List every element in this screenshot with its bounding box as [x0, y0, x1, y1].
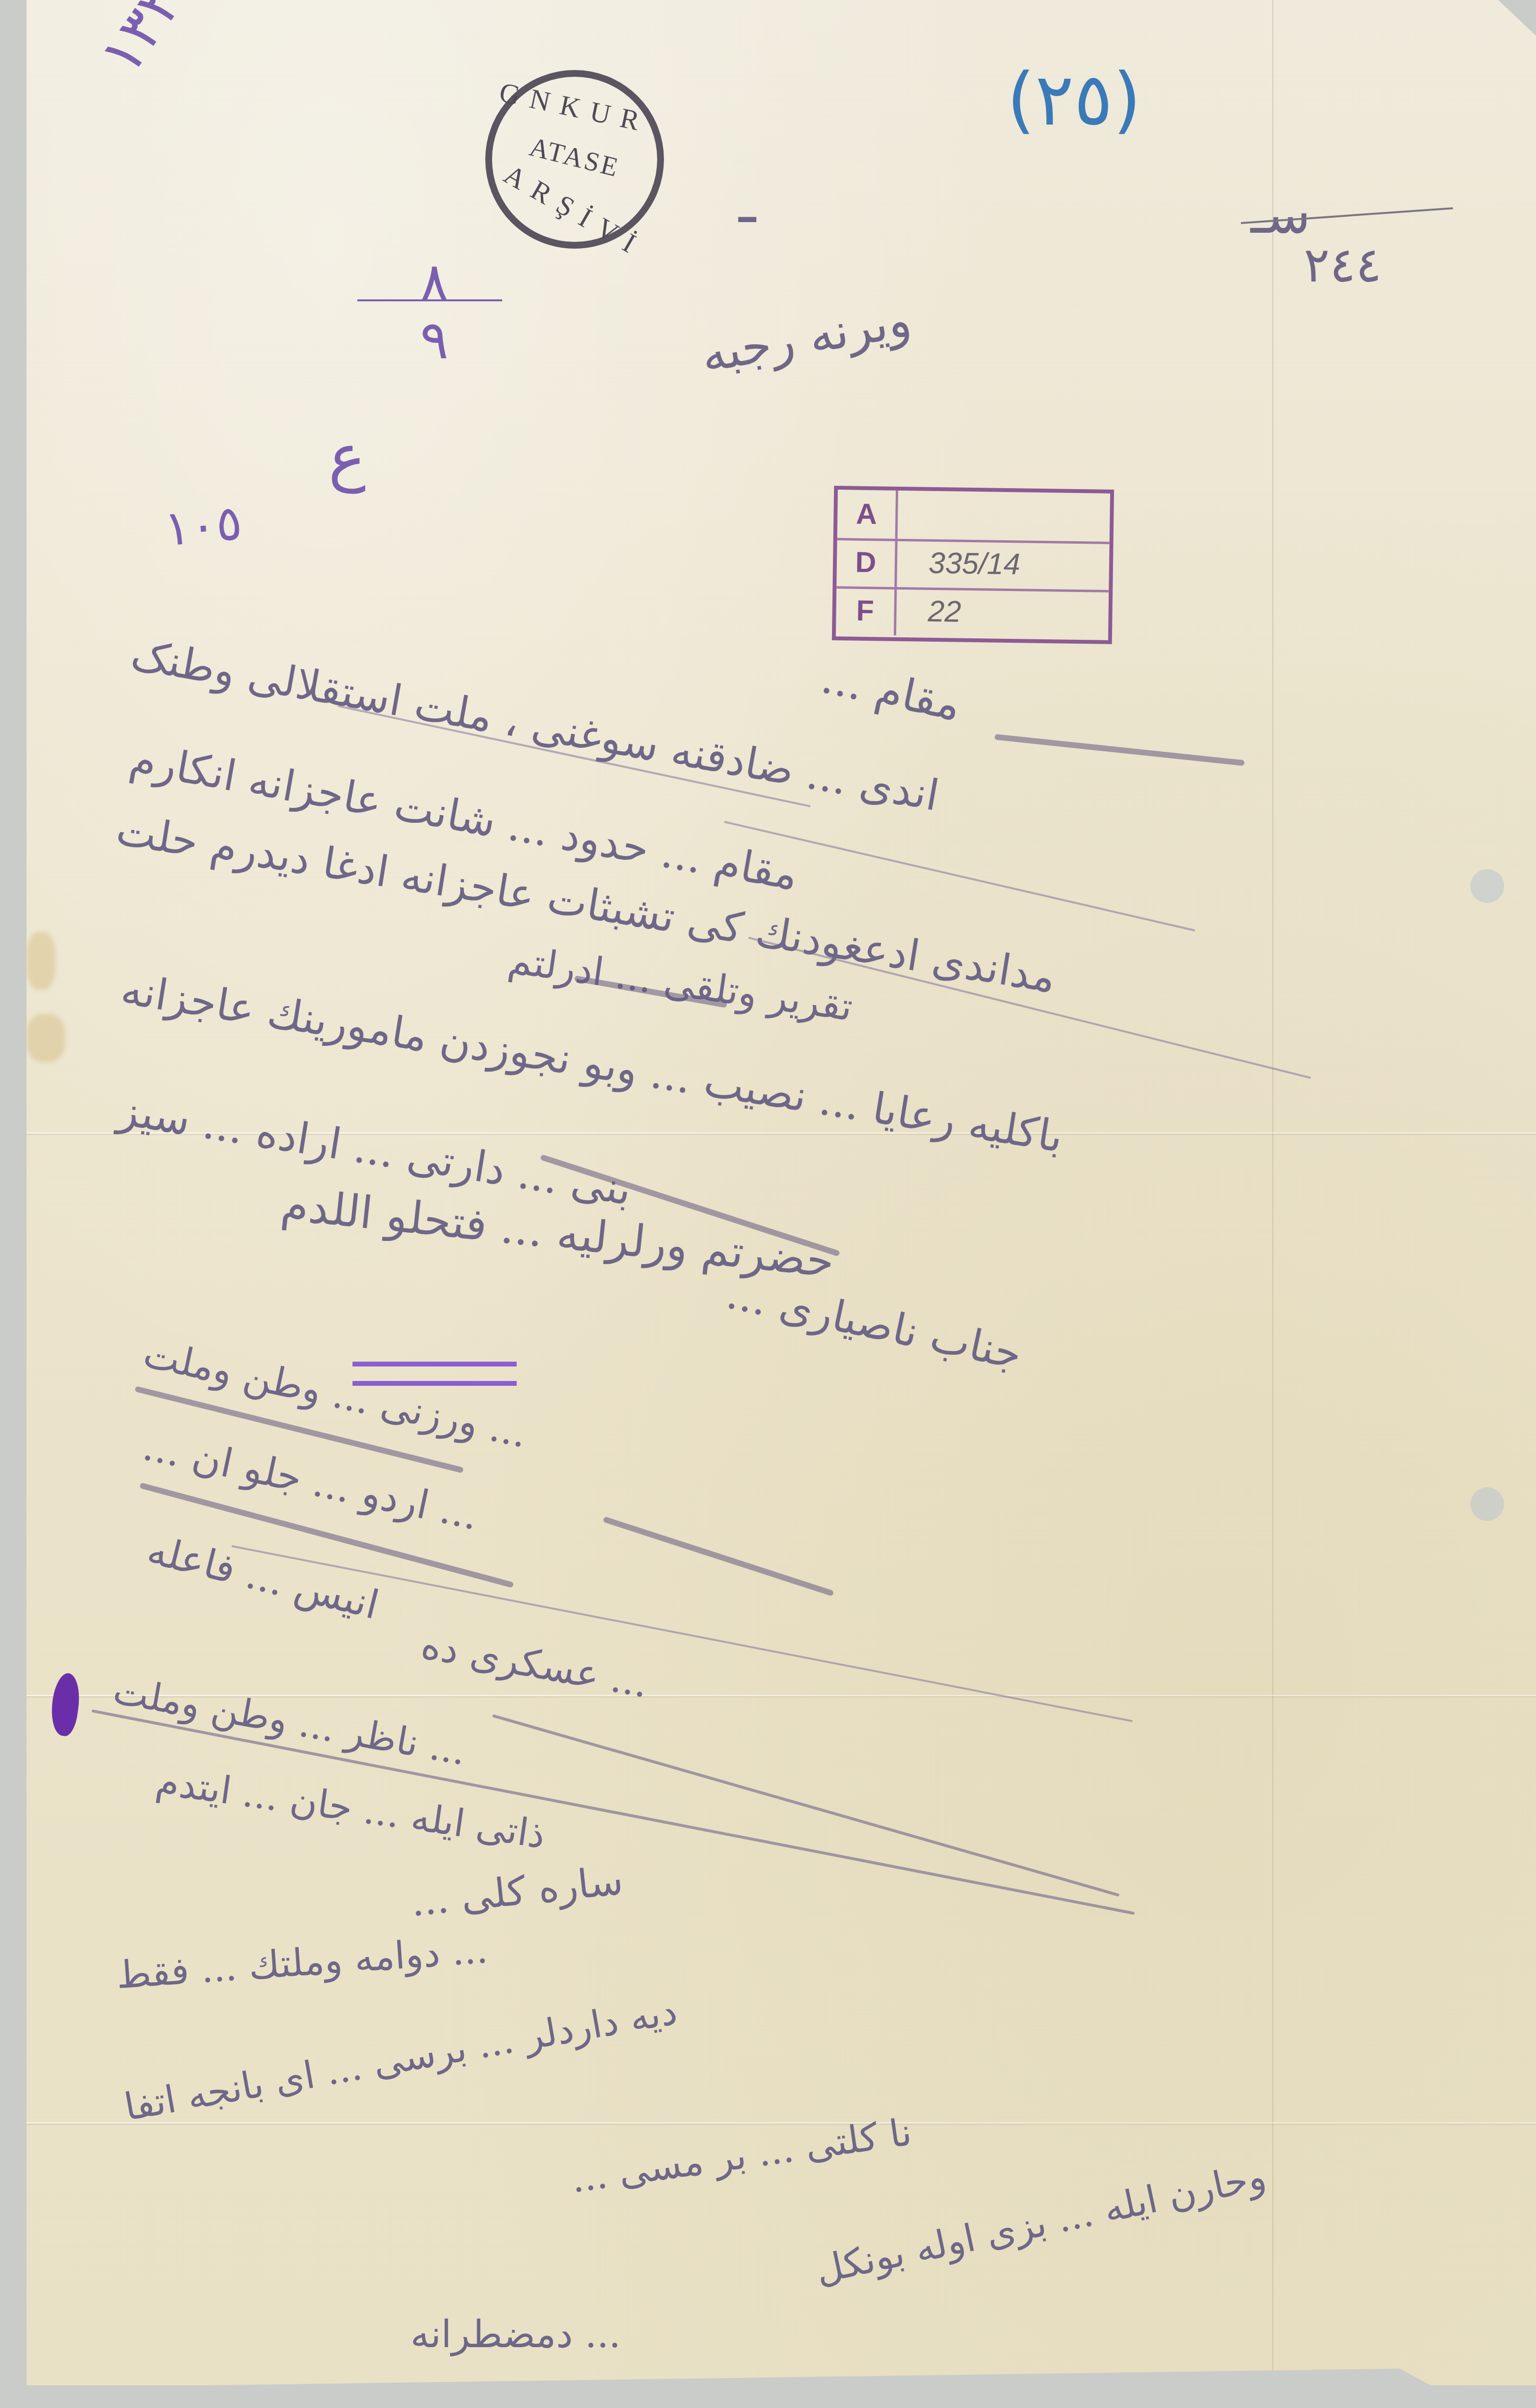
- water-stain: [27, 1014, 65, 1062]
- vertical-fold: [1272, 0, 1273, 2385]
- violet-double-underline: [352, 1362, 517, 1366]
- catalog-row-f: F 22: [836, 586, 1109, 638]
- right-number: ٢٤٤: [1304, 237, 1381, 293]
- catalog-key: F: [836, 586, 897, 635]
- left-number-mark: ١٠٥: [162, 494, 244, 557]
- water-stain: [27, 932, 56, 990]
- catalog-value: [929, 491, 930, 539]
- catalog-box: A D 335/14 F 22: [832, 486, 1114, 644]
- short-heading-mark: ع: [328, 420, 366, 493]
- fraction-top: ٨: [420, 251, 449, 313]
- body-line: ... دمضطرانه: [410, 2313, 621, 2356]
- punch-hole: [1470, 1487, 1504, 1521]
- catalog-value: 22: [928, 588, 961, 636]
- catalog-row-a: A: [837, 490, 1110, 544]
- archive-stamp: GNKUR ATASE ARŞİVİ: [485, 70, 664, 249]
- fraction-bottom: ٩: [420, 309, 449, 371]
- right-signature-mark: سـ: [1251, 183, 1311, 245]
- horizontal-fold: [27, 2122, 1536, 2124]
- blue-folio-number: (٢٥): [1007, 58, 1141, 142]
- catalog-value: 335/14: [928, 539, 1020, 589]
- punch-hole: [1470, 869, 1504, 903]
- top-center-mark: ـ: [739, 169, 756, 236]
- catalog-row-d: D 335/14: [836, 538, 1109, 592]
- fraction-bar: [357, 299, 502, 301]
- catalog-key: A: [837, 490, 898, 539]
- violet-double-underline: [352, 1381, 517, 1386]
- catalog-key: D: [836, 538, 897, 587]
